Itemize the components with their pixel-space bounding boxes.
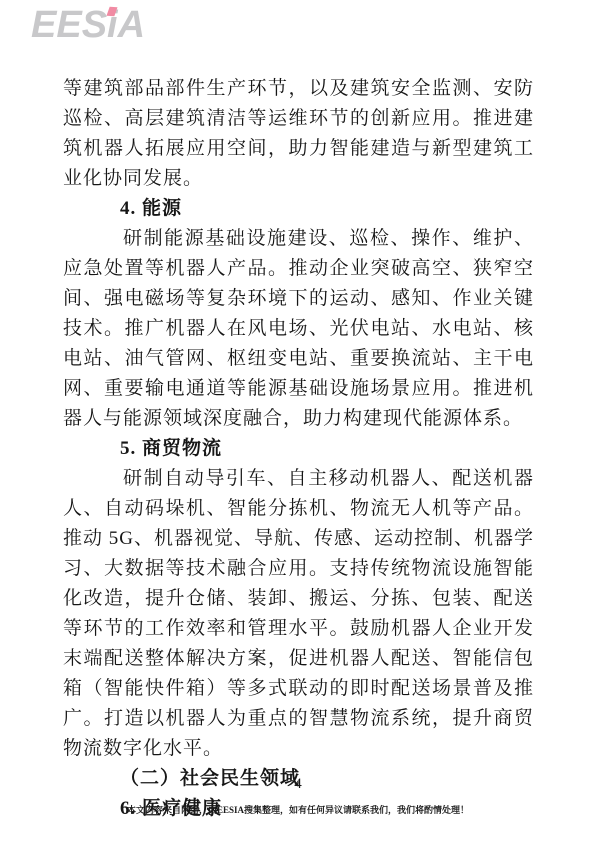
logo-text-right: A [118,4,145,46]
page-content: 等建筑部品部件生产环节，以及建筑安全监测、安防巡检、高层建筑清洁等运维环节的创新… [63,74,534,824]
para-logistics: 研制自动导引车、自主移动机器人、配送机器人、自动码垛机、智能分拣机、物流无人机等… [63,464,534,764]
eesia-logo: EESiA [31,4,145,46]
footer-disclaimer: 本文内容来自网络，由EESIA搜集整理，如有任何异议请联系我们，我们将酌情处理！ [0,804,596,816]
page-number: 4 [0,775,596,793]
para-construction-continuation: 等建筑部品部件生产环节，以及建筑安全监测、安防巡检、高层建筑清洁等运维环节的创新… [63,74,534,194]
para-energy: 研制能源基础设施建设、巡检、操作、维护、应急处置等机器人产品。推动企业突破高空、… [63,224,534,434]
logo-text-left: EES [31,4,107,46]
heading-4-energy: 4. 能源 [63,194,534,224]
heading-5-logistics: 5. 商贸物流 [63,434,534,464]
logo-letter-i: i [107,4,118,46]
document-page: EESiA 等建筑部品部件生产环节，以及建筑安全监测、安防巡检、高层建筑清洁等运… [0,0,596,842]
